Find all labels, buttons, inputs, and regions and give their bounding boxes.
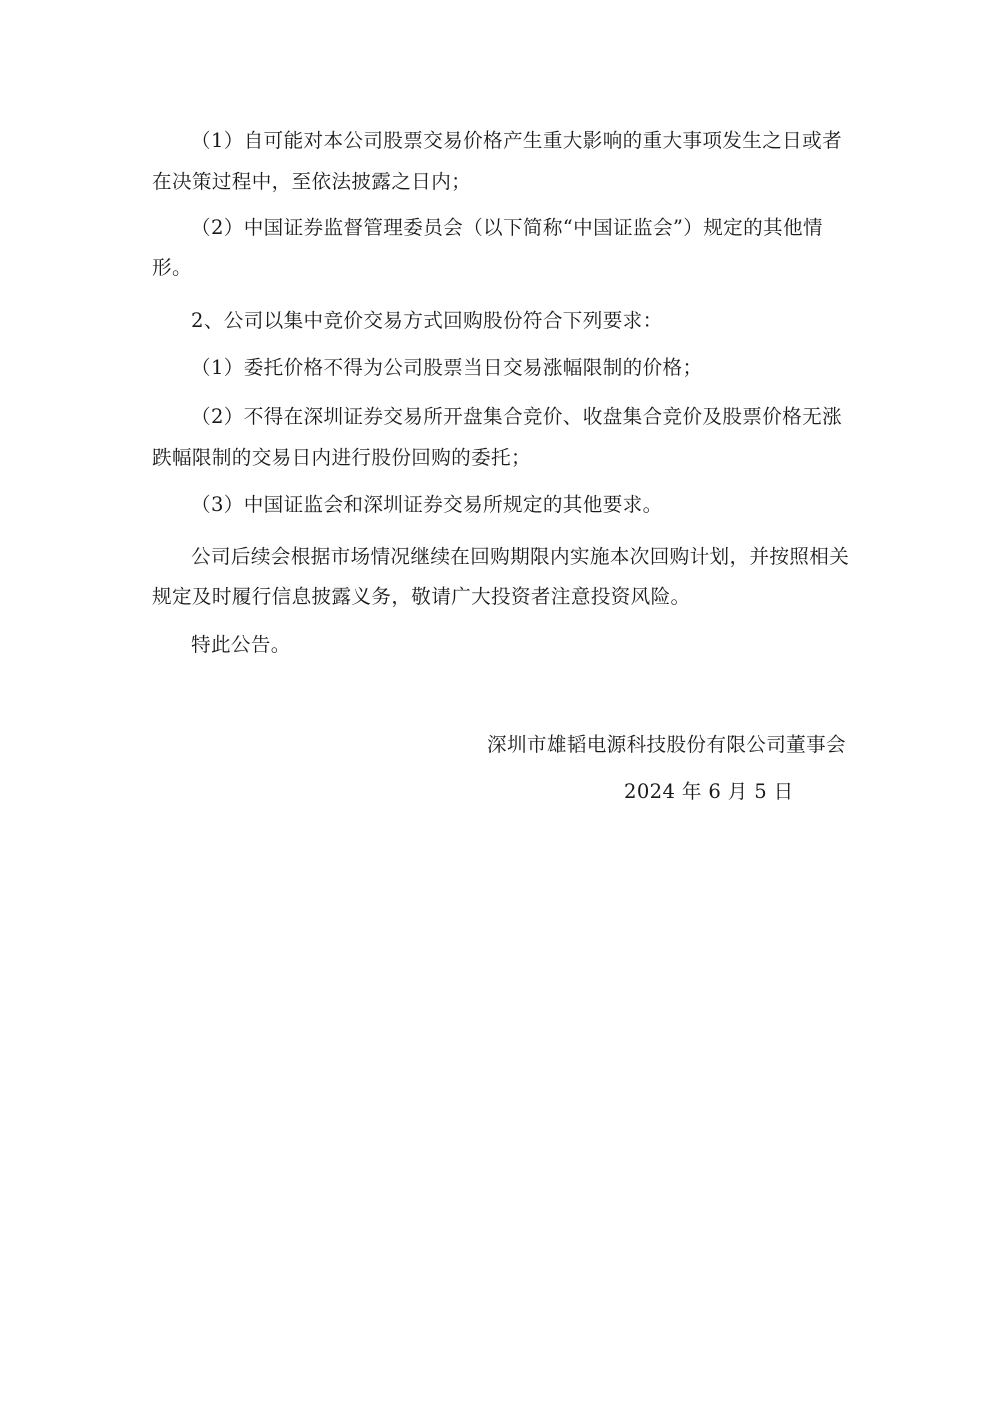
section-2-heading: 2、公司以集中竞价交易方式回购股份符合下列要求： — [191, 309, 663, 333]
requirement-2-line-2: 跌幅限制的交易日内进行股份回购的委托； — [152, 446, 531, 470]
requirement-2-line-1: （2）不得在深圳证券交易所开盘集合竞价、收盘集合竞价及股票价格无涨 — [191, 405, 842, 429]
closing-paragraph-line-2: 规定及时履行信息披露义务，敬请广大投资者注意投资风险。 — [152, 585, 690, 609]
paragraph-item-1-line-1: （1）自可能对本公司股票交易价格产生重大影响的重大事项发生之日或者 — [191, 129, 842, 153]
closing-paragraph-line-1: 公司后续会根据市场情况继续在回购期限内实施本次回购计划，并按照相关 — [191, 545, 849, 569]
paragraph-item-2-line-1: （2）中国证券监督管理委员会（以下简称“中国证监会”）规定的其他情 — [191, 216, 823, 240]
requirement-1: （1）委托价格不得为公司股票当日交易涨幅限制的价格； — [191, 356, 702, 380]
announcement-closing: 特此公告。 — [191, 633, 291, 657]
signature-date: 2024 年 6 月 5 日 — [624, 780, 794, 804]
requirement-3: （3）中国证监会和深圳证券交易所规定的其他要求。 — [191, 493, 663, 517]
signature-company: 深圳市雄韬电源科技股份有限公司董事会 — [487, 733, 846, 757]
paragraph-item-2-line-2: 形。 — [152, 256, 192, 280]
paragraph-item-1-line-2: 在决策过程中，至依法披露之日内； — [152, 170, 471, 194]
